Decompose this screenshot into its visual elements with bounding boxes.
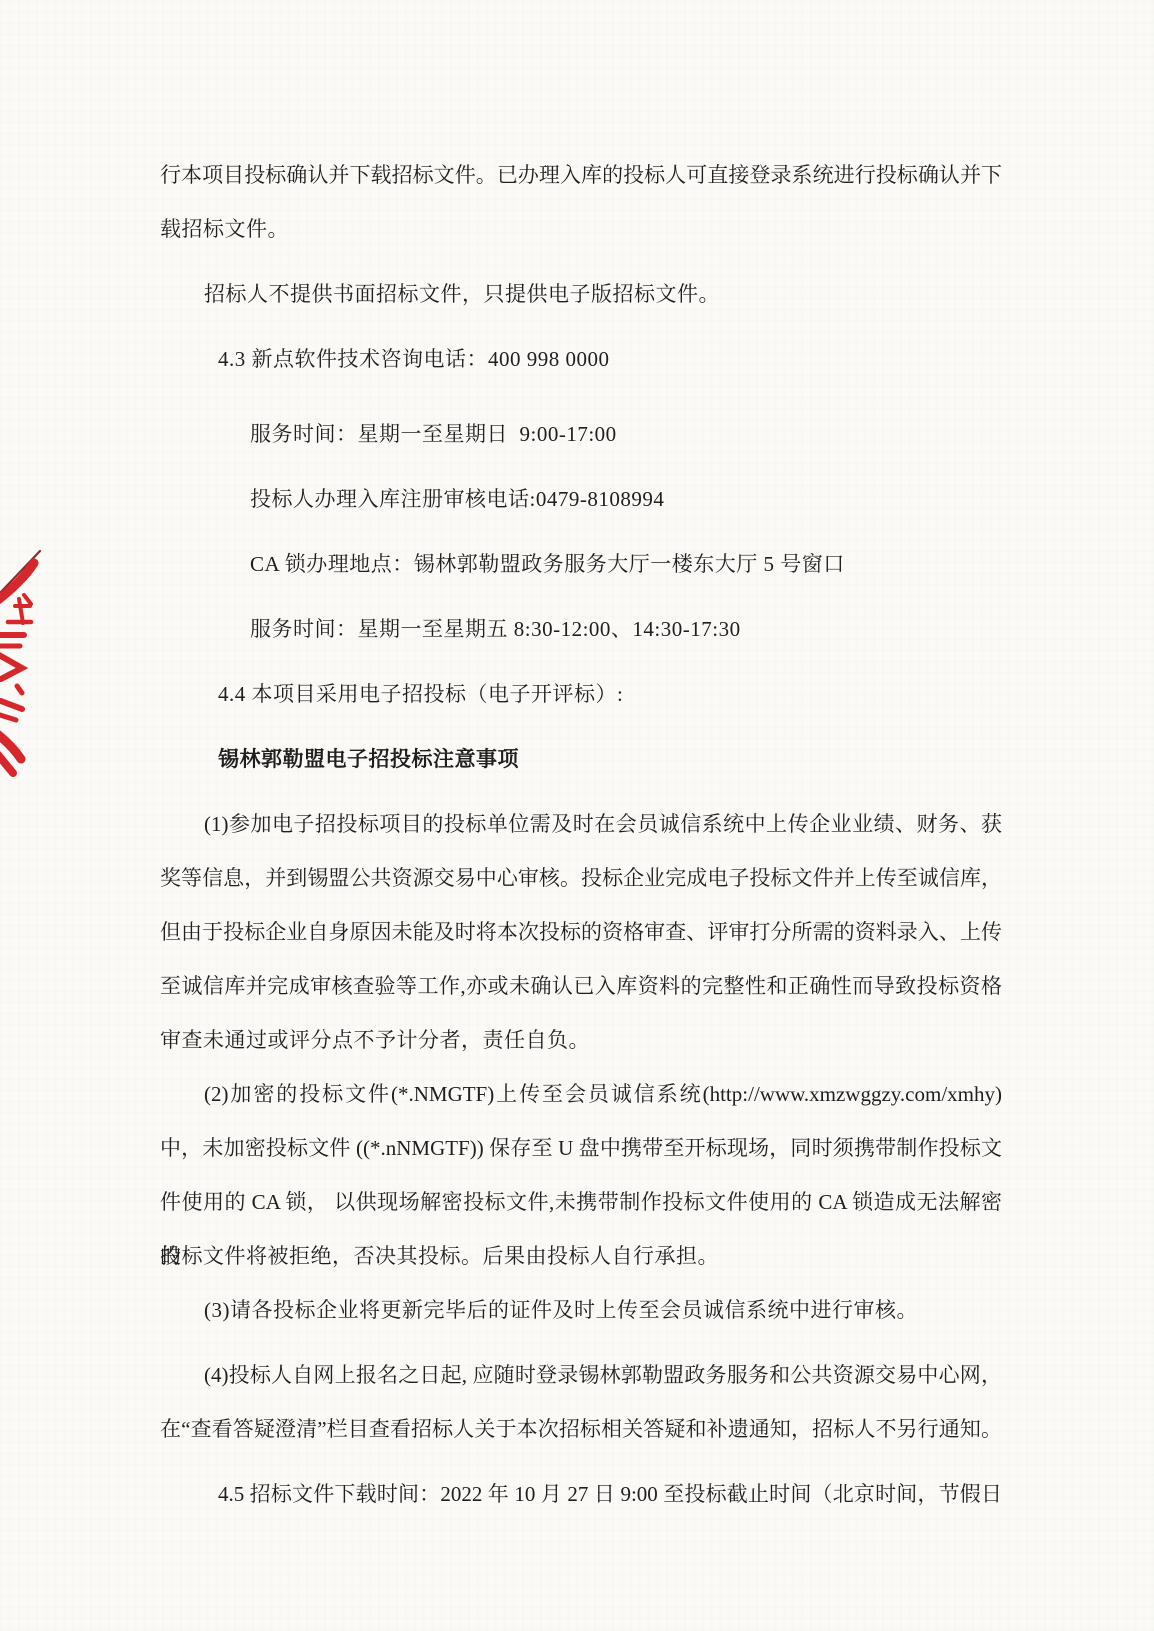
doc-line-17: 中，未加密投标文件 ((*.nNMGTF)) 保存至 U 盘中携带至开标现场，同…: [160, 1121, 1002, 1175]
doc-line-3: 招标人不提供书面招标文件，只提供电子版招标文件。: [160, 267, 1002, 321]
doc-line-12: 奖等信息，并到锡盟公共资源交易中心审核。投标企业完成电子投标文件并上传至诚信库，: [160, 851, 1002, 905]
doc-line-6: 投标人办理入库注册审核电话:0479-8108994: [160, 472, 1002, 526]
document-page: 行本项目投标确认并下载招标文件。已办理入库的投标人可直接登录系统进行投标确认并下…: [0, 0, 1154, 1631]
doc-line-18: 件使用的 CA 锁， 以供现场解密投标文件,未携带制作投标文件使用的 CA 锁造…: [160, 1175, 1002, 1229]
doc-line-11: (1)参加电子招投标项目的投标单位需及时在会员诚信系统中上传企业业绩、财务、获: [160, 797, 1002, 851]
doc-line-15: 审查未通过或评分点不予计分者，责任自负。: [160, 1013, 1002, 1067]
doc-line-23: 4.5 招标文件下载时间：2022 年 10 月 27 日 9:00 至投标截止…: [160, 1467, 1002, 1521]
doc-line-10: 锡林郭勒盟电子招投标注意事项: [160, 732, 1002, 786]
doc-line-1: 行本项目投标确认并下载招标文件。已办理入库的投标人可直接登录系统进行投标确认并下: [160, 148, 1002, 202]
document-content: 行本项目投标确认并下载招标文件。已办理入库的投标人可直接登录系统进行投标确认并下…: [160, 148, 1002, 1521]
doc-line-5: 服务时间：星期一至星期日 9:00-17:00: [160, 407, 1002, 461]
red-official-seal-fragment: [0, 543, 60, 781]
doc-line-7: CA 锁办理地点：锡林郭勒盟政务服务大厅一楼东大厅 5 号窗口: [160, 537, 1002, 591]
doc-line-14: 至诚信库并完成审核查验等工作,亦或未确认已入库资料的完整性和正确性而导致投标资格: [160, 959, 1002, 1013]
doc-line-22: 在“查看答疑澄清”栏目查看招标人关于本次招标相关答疑和补遗通知，招标人不另行通知…: [160, 1402, 1002, 1456]
doc-line-20: (3)请各投标企业将更新完毕后的证件及时上传至会员诚信系统中进行审核。: [160, 1283, 1002, 1337]
doc-line-9: 4.4 本项目采用电子招投标（电子开评标）:: [160, 667, 1002, 721]
doc-line-19: 投标文件将被拒绝，否决其投标。后果由投标人自行承担。: [160, 1229, 1002, 1283]
doc-line-21: (4)投标人自网上报名之日起, 应随时登录锡林郭勒盟政务服务和公共资源交易中心网…: [160, 1348, 1002, 1402]
doc-line-2: 载招标文件。: [160, 202, 1002, 256]
doc-line-16: (2)加密的投标文件(*.NMGTF)上传至会员诚信系统(http://www.…: [160, 1067, 1002, 1121]
doc-line-4: 4.3 新点软件技术咨询电话：400 998 0000: [160, 332, 1002, 386]
doc-line-13: 但由于投标企业自身原因未能及时将本次投标的资格审查、评审打分所需的资料录入、上传: [160, 905, 1002, 959]
doc-line-8: 服务时间：星期一至星期五 8:30-12:00、14:30-17:30: [160, 602, 1002, 656]
